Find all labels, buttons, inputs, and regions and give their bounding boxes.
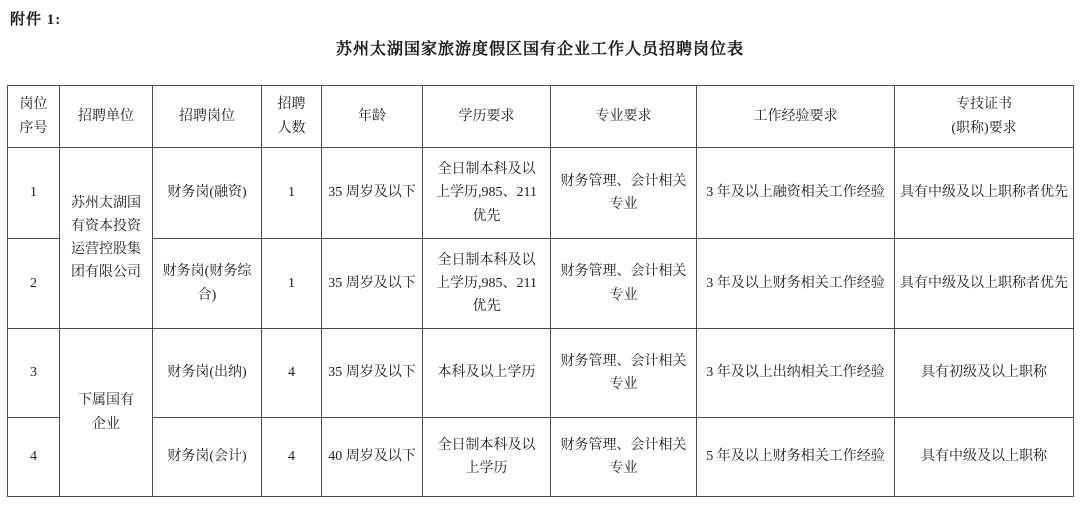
cell-experience: 3 年及以上财务相关工作经验 [697, 239, 895, 329]
col-header-count: 招聘 人数 [262, 86, 322, 148]
table-row: 4 财务岗(会计) 4 40 周岁及以下 全日制本科及以 上学历 财务管理、会计… [8, 418, 1074, 497]
col-header-position: 招聘岗位 [153, 86, 262, 148]
cell-position: 财务岗(会计) [153, 418, 262, 497]
cell-certificate: 具有中级及以上职称者优先 [895, 239, 1074, 329]
cell-position: 财务岗(财务综 合) [153, 239, 262, 329]
cell-count: 1 [262, 148, 322, 239]
cell-education: 全日制本科及以 上学历,985、211 优先 [423, 148, 551, 239]
cell-age: 40 周岁及以下 [322, 418, 423, 497]
cell-unit-group2: 下属国有 企业 [60, 329, 153, 497]
cell-experience: 3 年及以上出纳相关工作经验 [697, 329, 895, 418]
header-row: 岗位 序号 招聘单位 招聘岗位 招聘 人数 年龄 学历要求 专业要求 工作经验要… [8, 86, 1074, 148]
cell-age: 35 周岁及以下 [322, 329, 423, 418]
cell-unit-group1: 苏州太湖国 有资本投资 运营控股集 团有限公司 [60, 148, 153, 329]
cell-major: 财务管理、会计相关 专业 [551, 239, 697, 329]
cell-age: 35 周岁及以下 [322, 148, 423, 239]
cell-position: 财务岗(出纳) [153, 329, 262, 418]
table-row: 3 下属国有 企业 财务岗(出纳) 4 35 周岁及以下 本科及以上学历 财务管… [8, 329, 1074, 418]
page-title: 苏州太湖国家旅游度假区国有企业工作人员招聘岗位表 [0, 36, 1080, 59]
cell-seq: 1 [8, 148, 60, 239]
cell-count: 4 [262, 418, 322, 497]
cell-education: 本科及以上学历 [423, 329, 551, 418]
document-page: 附件 1: 苏州太湖国家旅游度假区国有企业工作人员招聘岗位表 岗位 序号 招聘单… [0, 0, 1080, 515]
cell-major: 财务管理、会计相关 专业 [551, 148, 697, 239]
col-header-certificate: 专技证书 (职称)要求 [895, 86, 1074, 148]
table-row: 2 财务岗(财务综 合) 1 35 周岁及以下 全日制本科及以 上学历,985、… [8, 239, 1074, 329]
cell-major: 财务管理、会计相关 专业 [551, 329, 697, 418]
recruitment-table: 岗位 序号 招聘单位 招聘岗位 招聘 人数 年龄 学历要求 专业要求 工作经验要… [7, 85, 1074, 497]
cell-seq: 2 [8, 239, 60, 329]
cell-certificate: 具有中级及以上职称者优先 [895, 148, 1074, 239]
cell-certificate: 具有中级及以上职称 [895, 418, 1074, 497]
col-header-seq: 岗位 序号 [8, 86, 60, 148]
table-row: 1 苏州太湖国 有资本投资 运营控股集 团有限公司 财务岗(融资) 1 35 周… [8, 148, 1074, 239]
cell-certificate: 具有初级及以上职称 [895, 329, 1074, 418]
col-header-major: 专业要求 [551, 86, 697, 148]
cell-experience: 5 年及以上财务相关工作经验 [697, 418, 895, 497]
cell-experience: 3 年及以上融资相关工作经验 [697, 148, 895, 239]
attachment-label: 附件 1: [10, 8, 61, 29]
cell-position: 财务岗(融资) [153, 148, 262, 239]
col-header-education: 学历要求 [423, 86, 551, 148]
col-header-unit: 招聘单位 [60, 86, 153, 148]
cell-age: 35 周岁及以下 [322, 239, 423, 329]
cell-seq: 3 [8, 329, 60, 418]
cell-education: 全日制本科及以 上学历,985、211 优先 [423, 239, 551, 329]
cell-seq: 4 [8, 418, 60, 497]
col-header-experience: 工作经验要求 [697, 86, 895, 148]
cell-count: 4 [262, 329, 322, 418]
cell-education: 全日制本科及以 上学历 [423, 418, 551, 497]
cell-major: 财务管理、会计相关 专业 [551, 418, 697, 497]
col-header-age: 年龄 [322, 86, 423, 148]
cell-count: 1 [262, 239, 322, 329]
